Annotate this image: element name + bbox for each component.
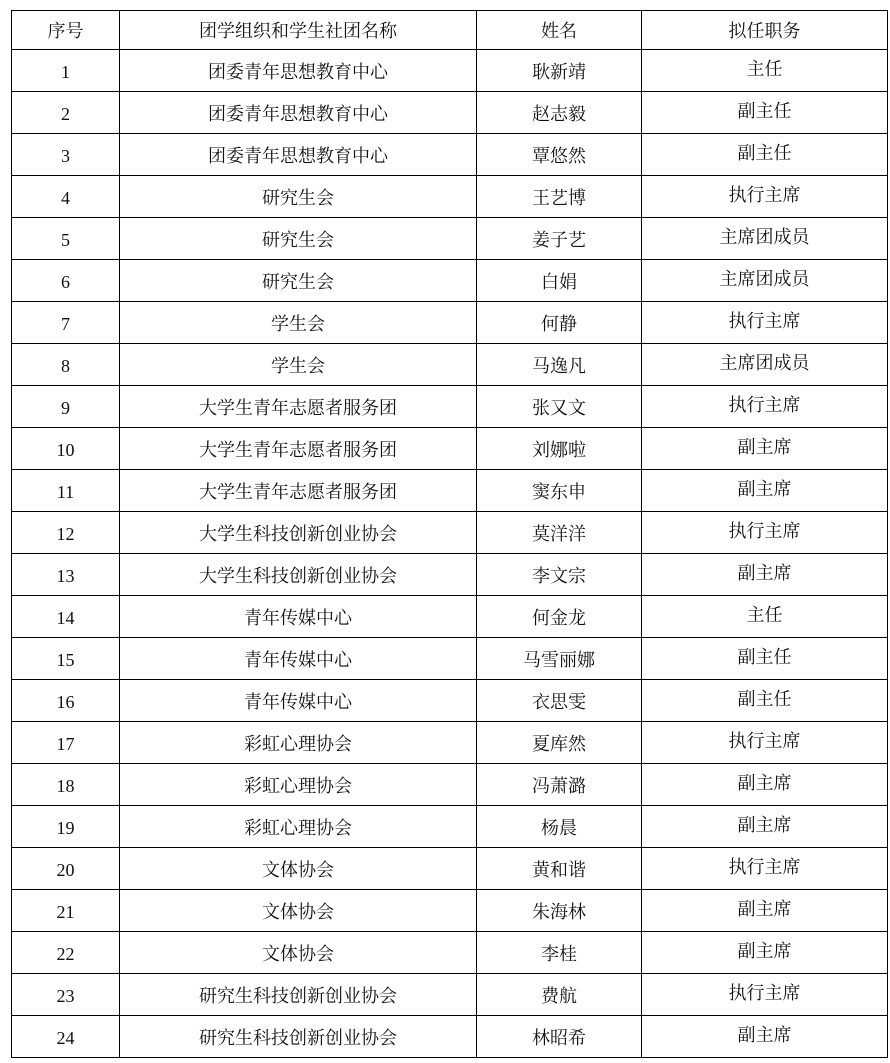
- row-position-text: 副主席: [738, 774, 792, 794]
- table-row: 14青年传媒中心何金龙主任: [12, 596, 888, 638]
- row-position-text: 副主席: [738, 438, 792, 458]
- row-index-cell: 4: [12, 176, 120, 218]
- row-index-text: 5: [61, 230, 70, 250]
- row-name-text: 朱海林: [532, 903, 586, 923]
- roster-table: 序号 团学组织和学生社团名称 姓名 拟任职务 1团委青年思想教育中心耿新靖主任2…: [11, 10, 888, 1058]
- row-position-cell: 副主席: [642, 806, 888, 848]
- table-row: 16青年传媒中心衣思雯副主任: [12, 680, 888, 722]
- row-organization-text: 研究生会: [262, 273, 334, 293]
- row-index-text: 11: [57, 482, 74, 502]
- row-position-cell: 执行主席: [642, 386, 888, 428]
- header-organization-label: 团学组织和学生社团名称: [199, 22, 397, 42]
- row-organization-cell: 彩虹心理协会: [120, 722, 477, 764]
- row-position-cell: 执行主席: [642, 176, 888, 218]
- row-name-text: 林昭希: [532, 1029, 586, 1049]
- row-position-cell: 副主席: [642, 470, 888, 512]
- row-organization-text: 彩虹心理协会: [244, 777, 352, 797]
- table-row: 13大学生科技创新创业协会李文宗副主席: [12, 554, 888, 596]
- row-index-text: 8: [61, 356, 70, 376]
- row-organization-text: 文体协会: [262, 945, 334, 965]
- row-organization-cell: 大学生科技创新创业协会: [120, 554, 477, 596]
- row-name-text: 何金龙: [532, 609, 586, 629]
- row-organization-text: 彩虹心理协会: [244, 735, 352, 755]
- row-organization-cell: 彩虹心理协会: [120, 764, 477, 806]
- row-position-cell: 副主席: [642, 932, 888, 974]
- row-position-cell: 副主席: [642, 1016, 888, 1058]
- row-position-cell: 副主席: [642, 428, 888, 470]
- row-position-text: 主任: [747, 60, 783, 80]
- row-position-text: 副主任: [738, 144, 792, 164]
- row-organization-text: 大学生青年志愿者服务团: [199, 483, 397, 503]
- row-position-text: 主席团成员: [720, 270, 810, 290]
- row-index-text: 15: [57, 650, 75, 670]
- row-name-cell: 何金龙: [477, 596, 642, 638]
- row-index-text: 3: [61, 146, 70, 166]
- table-row: 11大学生青年志愿者服务团窦东申副主席: [12, 470, 888, 512]
- table-row: 5研究生会姜子艺主席团成员: [12, 218, 888, 260]
- row-organization-cell: 研究生会: [120, 260, 477, 302]
- row-position-text: 执行主席: [729, 984, 801, 1004]
- row-organization-cell: 青年传媒中心: [120, 638, 477, 680]
- row-position-text: 副主席: [738, 564, 792, 584]
- row-name-text: 马逸凡: [532, 357, 586, 377]
- row-name-text: 李文宗: [532, 567, 586, 587]
- header-index: 序号: [12, 11, 120, 50]
- row-name-cell: 朱海林: [477, 890, 642, 932]
- row-name-text: 张又文: [532, 399, 586, 419]
- header-name-label: 姓名: [541, 22, 577, 42]
- row-organization-text: 大学生青年志愿者服务团: [199, 441, 397, 461]
- row-name-cell: 冯萧潞: [477, 764, 642, 806]
- row-organization-cell: 大学生科技创新创业协会: [120, 512, 477, 554]
- row-index-cell: 14: [12, 596, 120, 638]
- row-index-cell: 19: [12, 806, 120, 848]
- row-organization-cell: 大学生青年志愿者服务团: [120, 470, 477, 512]
- row-organization-text: 研究生会: [262, 231, 334, 251]
- row-organization-text: 大学生青年志愿者服务团: [199, 399, 397, 419]
- row-index-text: 10: [57, 440, 75, 460]
- row-organization-text: 团委青年思想教育中心: [208, 147, 388, 167]
- row-name-text: 黄和谐: [532, 861, 586, 881]
- row-position-cell: 执行主席: [642, 302, 888, 344]
- row-position-text: 执行主席: [729, 186, 801, 206]
- table-row: 23研究生科技创新创业协会费航执行主席: [12, 974, 888, 1016]
- row-organization-text: 研究生会: [262, 189, 334, 209]
- row-name-cell: 耿新靖: [477, 50, 642, 92]
- row-index-text: 6: [61, 272, 70, 292]
- row-name-text: 赵志毅: [532, 105, 586, 125]
- row-name-cell: 白娟: [477, 260, 642, 302]
- row-index-cell: 3: [12, 134, 120, 176]
- row-organization-text: 文体协会: [262, 903, 334, 923]
- row-name-cell: 刘娜啦: [477, 428, 642, 470]
- table-row: 7学生会何静执行主席: [12, 302, 888, 344]
- header-organization: 团学组织和学生社团名称: [120, 11, 477, 50]
- row-index-text: 1: [61, 62, 70, 82]
- row-name-text: 衣思雯: [532, 693, 586, 713]
- row-organization-cell: 文体协会: [120, 932, 477, 974]
- row-index-cell: 18: [12, 764, 120, 806]
- row-index-cell: 7: [12, 302, 120, 344]
- row-position-text: 主任: [747, 606, 783, 626]
- row-index-cell: 16: [12, 680, 120, 722]
- row-organization-cell: 研究生会: [120, 176, 477, 218]
- row-name-text: 冯萧潞: [532, 777, 586, 797]
- row-position-text: 执行主席: [729, 312, 801, 332]
- row-organization-cell: 大学生青年志愿者服务团: [120, 428, 477, 470]
- table-row: 24研究生科技创新创业协会林昭希副主席: [12, 1016, 888, 1058]
- roster-sheet: 序号 团学组织和学生社团名称 姓名 拟任职务 1团委青年思想教育中心耿新靖主任2…: [11, 10, 888, 1058]
- row-index-text: 7: [61, 314, 70, 334]
- row-organization-text: 大学生科技创新创业协会: [199, 525, 397, 545]
- row-name-cell: 马雪丽娜: [477, 638, 642, 680]
- row-name-text: 白娟: [541, 273, 577, 293]
- row-position-text: 副主任: [738, 690, 792, 710]
- table-row: 8学生会马逸凡主席团成员: [12, 344, 888, 386]
- row-index-text: 21: [57, 902, 75, 922]
- row-name-text: 马雪丽娜: [523, 651, 595, 671]
- row-index-text: 12: [57, 524, 75, 544]
- table-row: 6研究生会白娟主席团成员: [12, 260, 888, 302]
- row-index-cell: 2: [12, 92, 120, 134]
- row-organization-cell: 大学生青年志愿者服务团: [120, 386, 477, 428]
- row-name-cell: 黄和谐: [477, 848, 642, 890]
- table-row: 1团委青年思想教育中心耿新靖主任: [12, 50, 888, 92]
- row-position-cell: 执行主席: [642, 512, 888, 554]
- row-name-cell: 张又文: [477, 386, 642, 428]
- row-organization-text: 学生会: [271, 357, 325, 377]
- table-row: 21文体协会朱海林副主席: [12, 890, 888, 932]
- row-index-cell: 1: [12, 50, 120, 92]
- row-position-cell: 执行主席: [642, 722, 888, 764]
- row-name-cell: 马逸凡: [477, 344, 642, 386]
- row-index-text: 4: [61, 188, 70, 208]
- row-organization-cell: 学生会: [120, 302, 477, 344]
- row-position-text: 副主席: [738, 480, 792, 500]
- row-position-text: 执行主席: [729, 858, 801, 878]
- row-index-text: 19: [57, 818, 75, 838]
- row-position-text: 副主席: [738, 900, 792, 920]
- row-organization-text: 青年传媒中心: [244, 693, 352, 713]
- row-index-cell: 12: [12, 512, 120, 554]
- row-position-text: 执行主席: [729, 522, 801, 542]
- row-position-cell: 副主任: [642, 680, 888, 722]
- row-name-text: 王艺博: [532, 189, 586, 209]
- row-position-text: 主席团成员: [720, 354, 810, 374]
- row-organization-text: 学生会: [271, 315, 325, 335]
- row-name-cell: 李文宗: [477, 554, 642, 596]
- row-index-text: 20: [57, 860, 75, 880]
- row-name-text: 何静: [541, 315, 577, 335]
- row-organization-cell: 文体协会: [120, 848, 477, 890]
- row-position-text: 副主席: [738, 1026, 792, 1046]
- row-index-cell: 23: [12, 974, 120, 1016]
- row-name-cell: 赵志毅: [477, 92, 642, 134]
- row-position-text: 副主任: [738, 102, 792, 122]
- row-name-cell: 王艺博: [477, 176, 642, 218]
- row-organization-text: 研究生科技创新创业协会: [199, 1029, 397, 1049]
- table-row: 10大学生青年志愿者服务团刘娜啦副主席: [12, 428, 888, 470]
- row-name-text: 夏库然: [532, 735, 586, 755]
- row-name-cell: 窦东申: [477, 470, 642, 512]
- row-name-cell: 林昭希: [477, 1016, 642, 1058]
- row-position-cell: 主席团成员: [642, 260, 888, 302]
- row-index-cell: 24: [12, 1016, 120, 1058]
- row-name-text: 覃悠然: [532, 147, 586, 167]
- row-index-text: 2: [61, 104, 70, 124]
- row-organization-text: 青年传媒中心: [244, 609, 352, 629]
- table-row: 2团委青年思想教育中心赵志毅副主任: [12, 92, 888, 134]
- row-index-text: 23: [57, 986, 75, 1006]
- row-organization-text: 团委青年思想教育中心: [208, 63, 388, 83]
- row-organization-cell: 研究生科技创新创业协会: [120, 1016, 477, 1058]
- row-index-cell: 9: [12, 386, 120, 428]
- row-index-text: 16: [57, 692, 75, 712]
- table-row: 19彩虹心理协会杨晨副主席: [12, 806, 888, 848]
- header-name: 姓名: [477, 11, 642, 50]
- header-index-label: 序号: [48, 22, 84, 42]
- row-organization-cell: 青年传媒中心: [120, 596, 477, 638]
- row-index-text: 17: [57, 734, 75, 754]
- row-name-text: 李桂: [541, 945, 577, 965]
- row-name-cell: 夏库然: [477, 722, 642, 764]
- row-index-text: 18: [57, 776, 75, 796]
- row-organization-cell: 学生会: [120, 344, 477, 386]
- row-organization-cell: 文体协会: [120, 890, 477, 932]
- row-position-cell: 副主席: [642, 764, 888, 806]
- row-position-cell: 副主席: [642, 890, 888, 932]
- row-name-text: 窦东申: [532, 483, 586, 503]
- row-position-cell: 执行主席: [642, 974, 888, 1016]
- table-row: 4研究生会王艺博执行主席: [12, 176, 888, 218]
- row-name-cell: 何静: [477, 302, 642, 344]
- row-organization-text: 团委青年思想教育中心: [208, 105, 388, 125]
- row-name-text: 姜子艺: [532, 231, 586, 251]
- row-name-cell: 覃悠然: [477, 134, 642, 176]
- row-position-text: 主席团成员: [720, 228, 810, 248]
- row-index-text: 13: [57, 566, 75, 586]
- row-index-cell: 20: [12, 848, 120, 890]
- row-name-cell: 杨晨: [477, 806, 642, 848]
- row-index-cell: 11: [12, 470, 120, 512]
- row-index-cell: 5: [12, 218, 120, 260]
- row-index-cell: 13: [12, 554, 120, 596]
- header-row: 序号 团学组织和学生社团名称 姓名 拟任职务: [12, 11, 888, 50]
- row-index-text: 9: [61, 398, 70, 418]
- table-row: 18彩虹心理协会冯萧潞副主席: [12, 764, 888, 806]
- row-index-cell: 22: [12, 932, 120, 974]
- row-position-cell: 主任: [642, 50, 888, 92]
- row-position-cell: 副主任: [642, 134, 888, 176]
- row-organization-text: 彩虹心理协会: [244, 819, 352, 839]
- row-index-cell: 10: [12, 428, 120, 470]
- row-position-text: 执行主席: [729, 396, 801, 416]
- row-organization-text: 文体协会: [262, 861, 334, 881]
- row-name-text: 费航: [541, 987, 577, 1007]
- table-row: 22文体协会李桂副主席: [12, 932, 888, 974]
- table-row: 12大学生科技创新创业协会莫洋洋执行主席: [12, 512, 888, 554]
- row-index-cell: 6: [12, 260, 120, 302]
- row-organization-cell: 研究生会: [120, 218, 477, 260]
- row-position-cell: 执行主席: [642, 848, 888, 890]
- table-row: 9大学生青年志愿者服务团张又文执行主席: [12, 386, 888, 428]
- row-position-cell: 主席团成员: [642, 344, 888, 386]
- row-name-cell: 费航: [477, 974, 642, 1016]
- row-organization-text: 大学生科技创新创业协会: [199, 567, 397, 587]
- row-index-cell: 15: [12, 638, 120, 680]
- row-organization-cell: 青年传媒中心: [120, 680, 477, 722]
- row-name-text: 刘娜啦: [532, 441, 586, 461]
- row-index-cell: 8: [12, 344, 120, 386]
- row-position-text: 副主席: [738, 816, 792, 836]
- row-organization-cell: 团委青年思想教育中心: [120, 134, 477, 176]
- row-organization-cell: 团委青年思想教育中心: [120, 92, 477, 134]
- table-row: 17彩虹心理协会夏库然执行主席: [12, 722, 888, 764]
- row-organization-text: 研究生科技创新创业协会: [199, 987, 397, 1007]
- row-name-cell: 李桂: [477, 932, 642, 974]
- row-position-text: 执行主席: [729, 732, 801, 752]
- row-position-text: 副主任: [738, 648, 792, 668]
- row-name-cell: 衣思雯: [477, 680, 642, 722]
- row-index-text: 14: [57, 608, 75, 628]
- row-organization-text: 青年传媒中心: [244, 651, 352, 671]
- row-index-cell: 17: [12, 722, 120, 764]
- row-index-text: 22: [57, 944, 75, 964]
- row-position-cell: 主任: [642, 596, 888, 638]
- row-name-text: 莫洋洋: [532, 525, 586, 545]
- row-position-cell: 主席团成员: [642, 218, 888, 260]
- row-index-text: 24: [57, 1028, 75, 1048]
- row-position-cell: 副主席: [642, 554, 888, 596]
- row-name-text: 耿新靖: [532, 63, 586, 83]
- roster-body: 1团委青年思想教育中心耿新靖主任2团委青年思想教育中心赵志毅副主任3团委青年思想…: [12, 50, 888, 1058]
- row-position-cell: 副主任: [642, 92, 888, 134]
- row-name-cell: 莫洋洋: [477, 512, 642, 554]
- table-row: 15青年传媒中心马雪丽娜副主任: [12, 638, 888, 680]
- header-position: 拟任职务: [642, 11, 888, 50]
- row-name-text: 杨晨: [541, 819, 577, 839]
- row-organization-cell: 研究生科技创新创业协会: [120, 974, 477, 1016]
- table-row: 20文体协会黄和谐执行主席: [12, 848, 888, 890]
- header-position-label: 拟任职务: [729, 22, 801, 42]
- row-organization-cell: 团委青年思想教育中心: [120, 50, 477, 92]
- row-position-text: 副主席: [738, 942, 792, 962]
- row-organization-cell: 彩虹心理协会: [120, 806, 477, 848]
- table-row: 3团委青年思想教育中心覃悠然副主任: [12, 134, 888, 176]
- row-position-cell: 副主任: [642, 638, 888, 680]
- row-index-cell: 21: [12, 890, 120, 932]
- row-name-cell: 姜子艺: [477, 218, 642, 260]
